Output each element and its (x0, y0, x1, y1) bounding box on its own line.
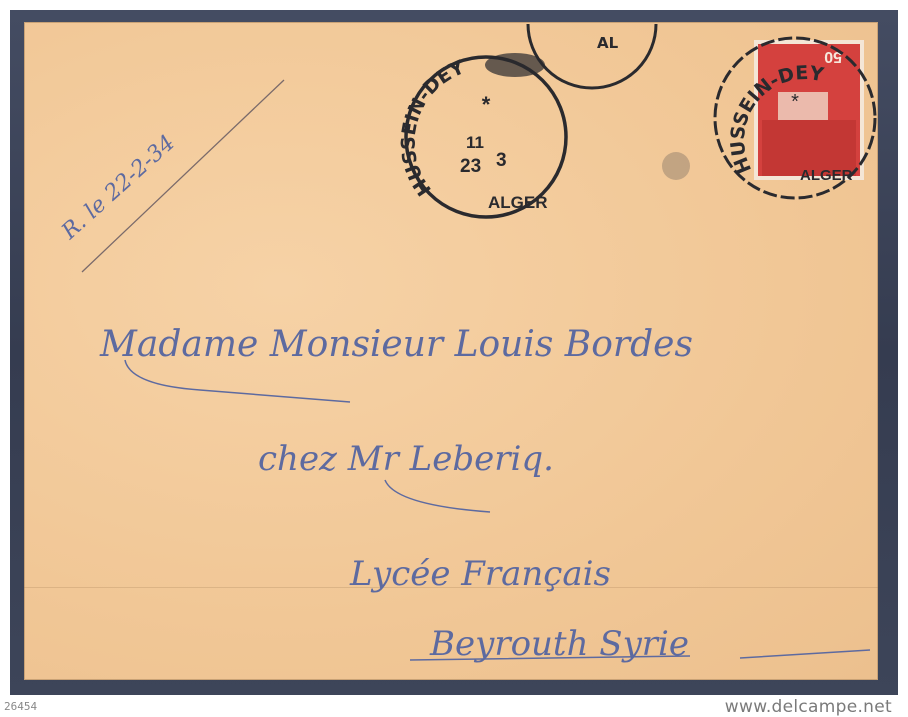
ink-smudge (662, 152, 690, 180)
footer: 26454 www.delcampe.net (0, 697, 908, 717)
handwritten-annotation: R. le 22-2-34 (57, 80, 284, 272)
postmark-month: 3 (496, 150, 507, 171)
svg-text:R. le 22-2-34: R. le 22-2-34 (57, 131, 180, 246)
partial-postmark: AL (528, 24, 656, 88)
stamp-postmark-city: ALGER (800, 167, 853, 184)
postmark-date: 23 (460, 156, 481, 177)
postmark-hussein-dey: HUSSEIN-DEY * 11 23 3 ALGER (398, 53, 566, 217)
stamp-postmark-star: * (791, 91, 799, 113)
site-watermark[interactable]: www.delcampe.net (725, 697, 892, 717)
postmark-star: * (482, 92, 491, 117)
address-line-3: Lycée Français (349, 554, 611, 594)
svg-text:HUSSEIN-DEY: HUSSEIN-DEY (398, 56, 468, 200)
postmark-time: 11 (466, 133, 484, 152)
address-block: Madame Monsieur Louis Bordes chez Mr Leb… (99, 324, 870, 664)
partial-postmark-text: AL (597, 34, 619, 52)
address-line-2: chez Mr Leberiq. (258, 439, 554, 479)
address-line-1: Madame Monsieur Louis Bordes (99, 324, 693, 365)
envelope-markings: AL HUSSEIN-DEY * 11 23 3 ALGER 50 HUSSEI… (0, 0, 908, 697)
postmark-city: ALGER (488, 193, 548, 212)
reference-number: 26454 (4, 700, 37, 713)
postage-stamp: 50 (754, 40, 864, 180)
postmark-town: HUSSEIN-DEY (398, 56, 468, 200)
